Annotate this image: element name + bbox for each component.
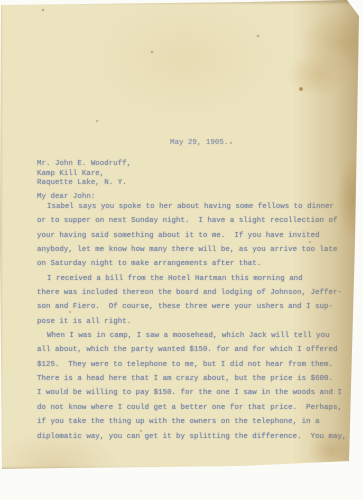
body-line: all about, which the party wanted $150. … — [37, 343, 337, 357]
body-line: if you take the thing up with the owners… — [37, 415, 337, 429]
body-line: your having said something about it to m… — [37, 229, 337, 243]
recipient-address-block: Mr. John E. Woodruff, Kamp Kill Kare, Ra… — [37, 160, 131, 189]
body-line: I would be willing to pay $150. for the … — [37, 386, 337, 400]
recipient-address-line-2: Raquette Lake, N. Y. — [37, 179, 131, 189]
body-line: There is a head here that I am crazy abo… — [37, 372, 337, 386]
recipient-address-line-1: Kamp Kill Kare, — [37, 170, 131, 180]
body-line: son and Fiero. Of course, these three we… — [37, 300, 337, 314]
recipient-name: Mr. John E. Woodruff, — [37, 160, 131, 170]
body-line: When I was in camp, I saw a moosehead, w… — [37, 329, 337, 343]
body-line: or to supper on next Sunday night. I hav… — [37, 214, 337, 228]
body-line: pose it is all right. — [37, 315, 337, 329]
body-line: Isabel says you spoke to her about havin… — [37, 200, 337, 214]
body-line: anybody, let me know how many there will… — [37, 243, 337, 257]
body-line: $125. They were to telephone to me, but … — [37, 358, 337, 372]
letter-body: Isabel says you spoke to her about havin… — [37, 200, 337, 444]
letter-page: May 29, 1905. Mr. John E. Woodruff, Kamp… — [0, 0, 363, 472]
letter-date: May 29, 1905. — [170, 139, 228, 147]
scan-background: May 29, 1905. Mr. John E. Woodruff, Kamp… — [0, 0, 363, 500]
body-line: do not know where I could get a better o… — [37, 401, 337, 415]
body-line: on Saturday night to make arrangements a… — [37, 257, 337, 271]
body-line: there was included thereon the board and… — [37, 286, 337, 300]
body-line: I received a bill from the Hotel Hartman… — [37, 272, 337, 286]
body-line: diplomatic way, you can get it by splitt… — [37, 430, 337, 444]
